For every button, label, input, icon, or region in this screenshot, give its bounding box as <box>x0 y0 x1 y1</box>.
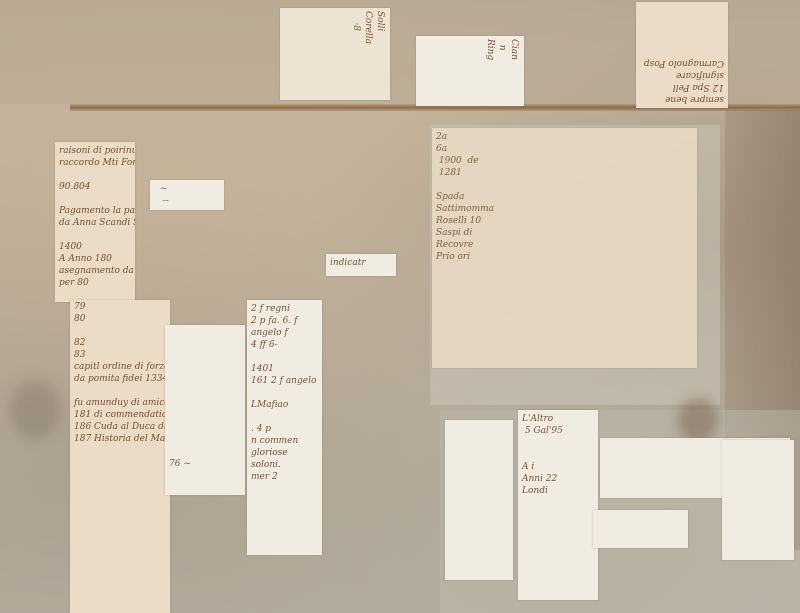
fragment-text: ~ ‑‑ <box>150 180 224 210</box>
fragment-text: L'Altro 5 Gal'95 A i Anni 22 Londi <box>518 410 598 600</box>
fragment-text: sempre bene 12 Spa Pell significare Carm… <box>636 2 728 108</box>
fragment-small-scrap: ~ ‑‑ <box>150 180 224 210</box>
fragment-lower-white-2: L'Altro 5 Gal'95 A i Anni 22 Londi <box>518 410 598 600</box>
fragment-lower-strip <box>593 510 688 548</box>
water-stain <box>10 380 60 440</box>
fragment-list-column: 2 f regni 2 p fa. 6. f angelo f 4 ff 6- … <box>247 300 322 555</box>
ink-stain <box>678 398 718 443</box>
fragment-right-cluster: 2a 6a 1900 de 1281 Spada Sattimomma Rose… <box>432 128 697 368</box>
fragment-lower-white-1 <box>445 420 513 580</box>
fragment-text: Solli Corella ·8 <box>280 8 390 100</box>
fragment-lower-right <box>722 440 794 560</box>
fragment-left-column-upper: raisoni di poirinu publ raccordo Mti For… <box>55 142 135 302</box>
fragment-text: 2a 6a 1900 de 1281 Spada Sattimomma Rose… <box>432 128 697 368</box>
fragment-text: 76 ~ <box>165 455 245 495</box>
fragment-center-scrap: indicatr <box>326 254 396 276</box>
fragment-text: raisoni di poirinu publ raccordo Mti For… <box>55 142 135 302</box>
fragment-text: 2 f regni 2 p fa. 6. f angelo f 4 ff 6- … <box>247 300 322 555</box>
fragment-blank-sheet: 76 ~ <box>165 325 245 495</box>
fragment-text: raisoni di poirinu publ raccordo Mti For… <box>70 300 170 613</box>
fragment-text: Cian n Ring <box>416 36 524 106</box>
manuscript-collage: Solli Corella ·8 Cian n Ring sempre bene… <box>0 0 800 613</box>
fragment-top-center: Cian n Ring <box>416 36 524 106</box>
fragment-left-column-lower: raisoni di poirinu publ raccordo Mti For… <box>70 300 170 613</box>
fragment-text: indicatr <box>326 254 396 276</box>
fragment-top-left: Solli Corella ·8 <box>280 8 390 100</box>
fragment-top-right: sempre bene 12 Spa Pell significare Carm… <box>636 2 728 108</box>
